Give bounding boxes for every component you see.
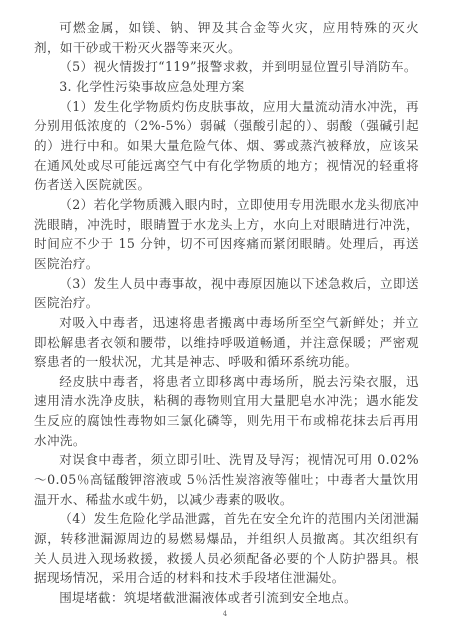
page-number: 4: [0, 610, 450, 618]
paragraph-inhalation: 对吸入中毒者，迅速将患者搬离中毒场所至空气新鲜处；并立即松解患者衣领和腰带，以维…: [34, 313, 419, 372]
document-page: 可燃金属，如镁、钠、钾及其合金等火灾，应用特殊的灭火剂，如干砂或干粉灭火器等来灭…: [34, 18, 419, 608]
paragraph-ingestion: 对误食中毒者，须立即引吐、洗胃及导泻；视情况可用 0.02%～0.05％高锰酸钾…: [34, 450, 419, 509]
paragraph-chemical-leak: （4）发生危险化学品泄露，首先在安全允许的范围内关闭泄漏源，转移泄漏源周边的易燃…: [34, 509, 419, 588]
paragraph-metal-fire: 可燃金属，如镁、钠、钾及其合金等火灾，应用特殊的灭火剂，如干砂或干粉灭火器等来灭…: [34, 18, 419, 57]
section-heading-chemical-pollution: 3. 化学性污染事故应急处理方案: [34, 77, 419, 97]
paragraph-call-119: （5）视火情拨打“119”报警求救，并到明显位置引导消防车。: [34, 57, 419, 77]
paragraph-poisoning: （3）发生人员中毒事故，视中毒原因施以下述急救后，立即送医院治疗。: [34, 274, 419, 313]
paragraph-skin-burn: （1）发生化学物质灼伤皮肤事故，应用大量流动清水冲洗，再分别用低浓度的（2%-5…: [34, 97, 419, 195]
paragraph-eye-splash: （2）若化学物质溅入眼内时，立即使用专用洗眼水龙头彻底冲洗眼睛，冲洗时，眼睛置于…: [34, 195, 419, 274]
paragraph-dike-containment: 围堤堵截：筑堤堵截泄漏液体或者引流到安全地点。: [34, 588, 419, 608]
paragraph-skin-poisoning: 经皮肤中毒者，将患者立即移离中毒场所，脱去污染衣服，迅速用清水洗净皮肤，粘稠的毒…: [34, 372, 419, 451]
